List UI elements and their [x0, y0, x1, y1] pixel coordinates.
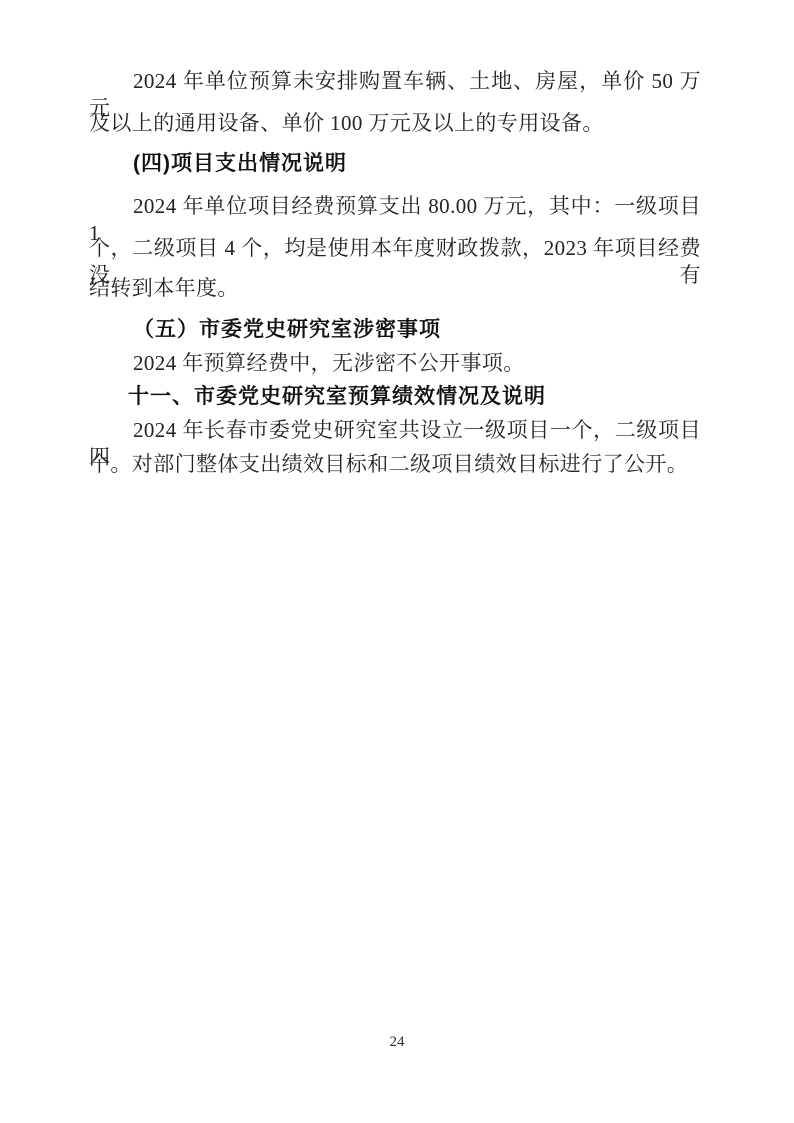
section-heading-classified-matters: （五）市委党史研究室涉密事项 [89, 316, 701, 343]
paragraph-line: 及以上的通用设备、单价 100 万元及以上的专用设备。 [89, 110, 701, 137]
document-page: 2024 年单位预算未安排购置车辆、土地、房屋，单价 50 万元 及以上的通用设… [0, 0, 794, 1123]
section-heading-project-expenditure: (四)项目支出情况说明 [89, 150, 701, 177]
paragraph-line: 结转到本年度。 [89, 275, 701, 302]
section-heading-budget-performance: 十一、市委党史研究室预算绩效情况及说明 [89, 383, 701, 410]
paragraph-line: 个。对部门整体支出绩效目标和二级项目绩效目标进行了公开。 [89, 451, 701, 478]
page-number: 24 [0, 1034, 794, 1051]
paragraph-line: 2024 年预算经费中，无涉密不公开事项。 [89, 350, 701, 377]
